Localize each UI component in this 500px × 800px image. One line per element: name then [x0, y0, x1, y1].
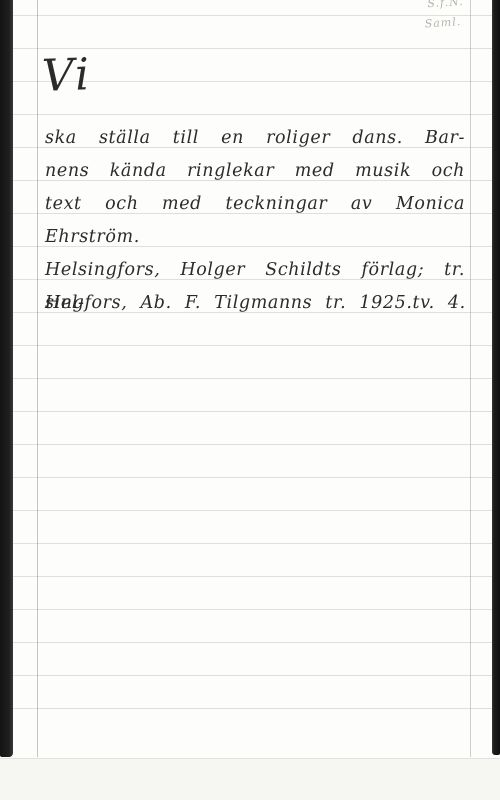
left-scan-edge — [0, 0, 13, 757]
catalog-card: S.f.N. Saml. Vi ska ställa till en rolig… — [0, 0, 500, 759]
handwritten-line-4: Ehrström. — [45, 221, 465, 254]
handwritten-line-2: nens kända ringlekar med musik och — [45, 155, 465, 188]
card-title: Vi — [41, 51, 92, 101]
handwritten-line-3: text och med teckningar av Monica — [45, 188, 465, 221]
imprint-text: singfors, Ab. F. Tilgmanns tr. 1925. — [45, 287, 413, 320]
handwritten-line-6: singfors, Ab. F. Tilgmanns tr. 1925. tv.… — [45, 287, 465, 320]
right-margin-line — [470, 0, 471, 757]
pencil-annotation-line1: S.f.N. — [427, 0, 464, 10]
format-note: tv. 4. — [413, 287, 468, 320]
handwritten-line-1: ska ställa till en roliger dans. Bar- — [45, 122, 465, 155]
right-scan-edge — [492, 0, 500, 755]
pencil-annotation: S.f.N. Saml. — [427, 0, 465, 30]
scanned-page: S.f.N. Saml. Vi ska ställa till en rolig… — [0, 0, 500, 800]
handwritten-line-5: Helsingfors, Holger Schildts förlag; tr.… — [45, 254, 465, 287]
pencil-annotation-line2: Saml. — [424, 15, 465, 31]
catalog-entry-text: ska ställa till en roliger dans. Bar- ne… — [45, 122, 465, 320]
left-margin-line — [37, 0, 38, 757]
